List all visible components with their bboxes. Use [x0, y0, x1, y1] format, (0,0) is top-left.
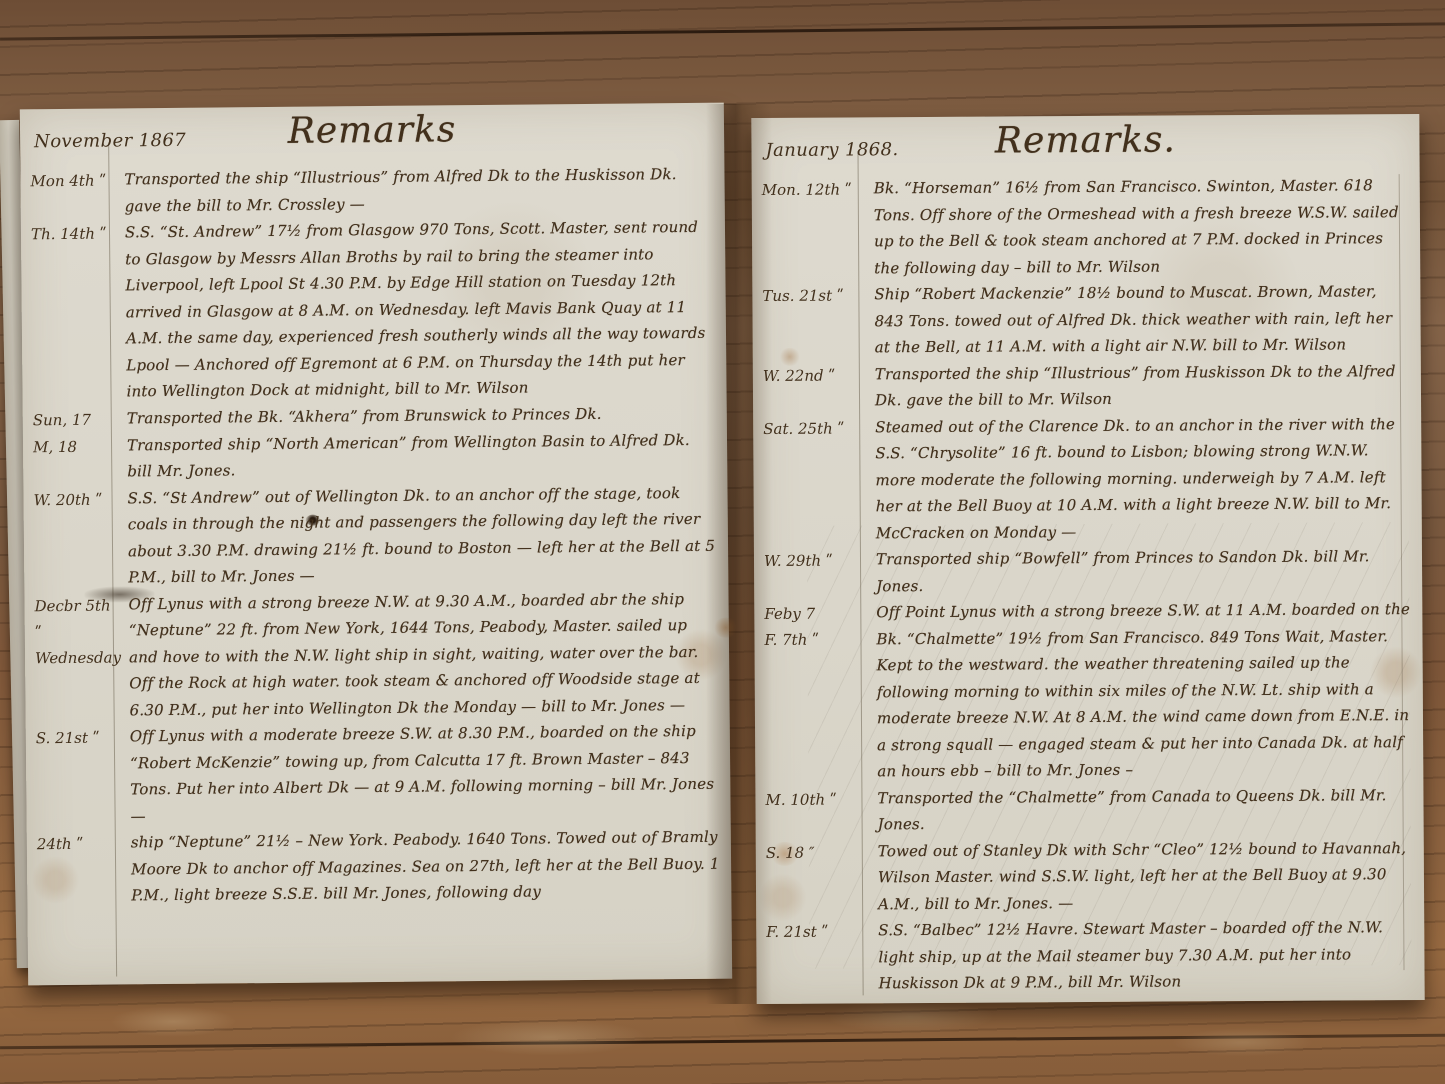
log-entry: M. 10th ʺ Transported the “Chalmette” fr… — [765, 782, 1413, 839]
entry-text: Transported ship “North American” from W… — [113, 426, 717, 485]
entry-date: W. 20th ʺ — [33, 485, 113, 513]
log-entry: S. 18 ″ Towed out of Stanley Dk with Sch… — [766, 835, 1414, 918]
log-entry: Decbr 5th ʺ Wednesday Off Lynus with a s… — [34, 585, 719, 724]
log-entry: S. 21st ʺ Off Lynus with a moderate bree… — [36, 718, 721, 831]
entry-text: Transported the “Chalmette” from Canada … — [863, 782, 1413, 838]
entry-text: Steamed out of the Clarence Dk. to an an… — [861, 411, 1412, 547]
logbook-left-page: November 1867 Remarks Mon 4th ʺ Transpor… — [20, 103, 732, 986]
entry-text: Off Lynus with a strong breeze N.W. at 9… — [114, 585, 719, 723]
log-entry: Tus. 21st ʺ Ship “Robert Mackenzie” 18½ … — [762, 278, 1410, 361]
entry-date: Mon 4th ʺ — [30, 167, 110, 195]
entry-date: M, 18 — [33, 432, 113, 460]
log-entry: W. 20th ʺ S.S. “St Andrew” out of Wellin… — [33, 479, 718, 592]
entry-text: Transported the ship “Illustrious” from … — [861, 358, 1411, 414]
entry-date: 24th ʺ — [37, 830, 117, 858]
entry-date: S. 18 ″ — [766, 838, 864, 866]
log-entry: W. 29th ʺ Transported ship “Bowfell” fro… — [764, 543, 1412, 600]
entry-text: Off Lynus with a moderate breeze S.W. at… — [116, 718, 721, 830]
logbook-right-page: January 1868. Remarks. Mon. 12th ʺ Bk. “… — [751, 114, 1424, 1004]
entry-date: Mon. 12th ʺ — [762, 175, 860, 203]
entry-text: S.S. “Balbec” 12½ Havre. Stewart Master … — [864, 914, 1414, 997]
left-page-header: November 1867 Remarks — [20, 103, 724, 164]
log-entry: W. 22nd ʺ Transported the ship “Illustri… — [763, 358, 1411, 415]
entry-date: Sat. 25th ʺ — [763, 414, 861, 442]
entry-text: Ship “Robert Mackenzie” 18½ bound to Mus… — [860, 278, 1410, 361]
entry-text: Transported the ship “Illustrious” from … — [110, 161, 714, 220]
entry-date: S. 21st ʺ — [36, 724, 116, 752]
log-entry: 24th ʺ ship “Neptune” 21½ – New York. Pe… — [37, 824, 722, 910]
entry-text: Off Point Lynus with a strong breeze S.W… — [862, 596, 1413, 785]
entry-text: Transported ship “Bowfell” from Princes … — [862, 543, 1412, 599]
left-remarks-title: Remarks — [20, 107, 724, 155]
entry-text: S.S. “St. Andrew” 17½ from Glasgow 970 T… — [111, 214, 717, 405]
log-entry: Th. 14th ʺ S.S. “St. Andrew” 17½ from Gl… — [31, 214, 717, 406]
entry-date: Sun, 17 — [33, 405, 113, 433]
log-entry: Sat. 25th ʺ Steamed out of the Clarence … — [763, 411, 1412, 547]
log-entry: Mon. 12th ʺ Bk. “Horseman” 16½ from San … — [762, 172, 1411, 282]
entry-date: Tus. 21st ʺ — [762, 281, 860, 309]
entry-date: Decbr 5th ʺ Wednesday — [34, 591, 115, 671]
right-entries: Mon. 12th ʺ Bk. “Horseman” 16½ from San … — [752, 168, 1425, 998]
entry-date: Th. 14th ʺ — [31, 220, 111, 248]
entry-text: Bk. “Horseman” 16½ from San Francisco. S… — [860, 172, 1411, 281]
log-entry: Feby 7 F. 7th ʺ Off Point Lynus with a s… — [764, 596, 1413, 785]
log-entry: M, 18 Transported ship “North American” … — [33, 426, 717, 486]
entry-date: W. 22nd ʺ — [763, 361, 861, 389]
left-entries: Mon 4th ʺ Transported the ship “Illustri… — [20, 157, 731, 910]
entry-date: W. 29th ʺ — [764, 546, 862, 574]
entry-text: ship “Neptune” 21½ – New York. Peabody. … — [117, 824, 722, 909]
entry-date: Feby 7 F. 7th ʺ — [764, 599, 862, 653]
log-entry: F. 21st ʺ S.S. “Balbec” 12½ Havre. Stewa… — [766, 914, 1414, 997]
right-remarks-title: Remarks. — [751, 118, 1419, 163]
entry-date: F. 21st ʺ — [766, 917, 864, 945]
entry-text: Towed out of Stanley Dk with Schr “Cleo”… — [864, 835, 1414, 918]
entry-date: M. 10th ʺ — [765, 785, 863, 813]
right-page-header: January 1868. Remarks. — [751, 114, 1419, 172]
log-entry: Mon 4th ʺ Transported the ship “Illustri… — [30, 161, 714, 221]
entry-text: S.S. “St Andrew” out of Wellington Dk. t… — [113, 479, 718, 591]
